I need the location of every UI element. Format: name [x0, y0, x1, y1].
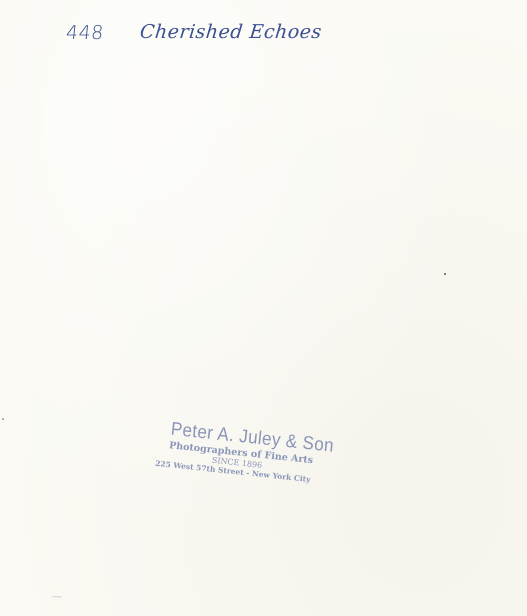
pencil-smudge: ⁓: [52, 592, 86, 608]
artwork-title: Cherished Echoes: [139, 21, 323, 43]
paper-speck: [2, 418, 4, 420]
photo-back-paper: [0, 0, 527, 616]
catalog-number: 448: [65, 22, 105, 44]
paper-speck: [444, 273, 446, 275]
